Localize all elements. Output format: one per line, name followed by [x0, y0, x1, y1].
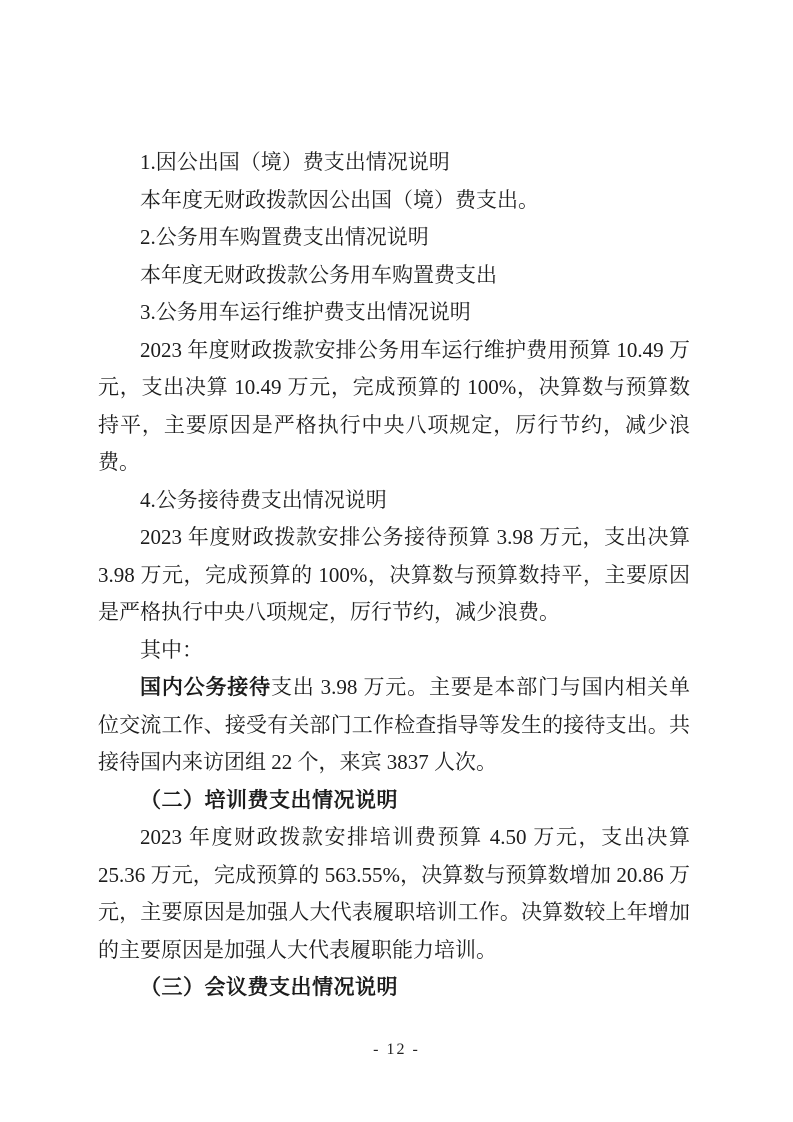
- document-page: 1.因公出国（境）费支出情况说明本年度无财政拨款因公出国（境）费支出。2.公务用…: [0, 0, 793, 1122]
- paragraph: 1.因公出国（境）费支出情况说明: [98, 144, 690, 182]
- document-body: 1.因公出国（境）费支出情况说明本年度无财政拨款因公出国（境）费支出。2.公务用…: [98, 144, 690, 1007]
- paragraph: 本年度无财政拨款因公出国（境）费支出。: [98, 182, 690, 220]
- paragraph: 本年度无财政拨款公务用车购置费支出: [98, 257, 690, 295]
- page-number: - 12 -: [0, 1038, 793, 1062]
- paragraph: 2023 年度财政拨款安排培训费预算 4.50 万元，支出决算 25.36 万元…: [98, 819, 690, 969]
- paragraph: 4.公务接待费支出情况说明: [98, 482, 690, 520]
- paragraph: 国内公务接待支出 3.98 万元。主要是本部门与国内相关单位交流工作、接受有关部…: [98, 669, 690, 782]
- section-heading: （三）会议费支出情况说明: [98, 969, 690, 1007]
- paragraph: 2023 年度财政拨款安排公务接待预算 3.98 万元，支出决算 3.98 万元…: [98, 519, 690, 632]
- bold-lead-text: 国内公务接待: [140, 675, 271, 699]
- paragraph: 2.公务用车购置费支出情况说明: [98, 219, 690, 257]
- section-heading: （二）培训费支出情况说明: [98, 782, 690, 820]
- paragraph: 3.公务用车运行维护费支出情况说明: [98, 294, 690, 332]
- paragraph: 2023 年度财政拨款安排公务用车运行维护费用预算 10.49 万元，支出决算 …: [98, 332, 690, 482]
- paragraph: 其中：: [98, 632, 690, 670]
